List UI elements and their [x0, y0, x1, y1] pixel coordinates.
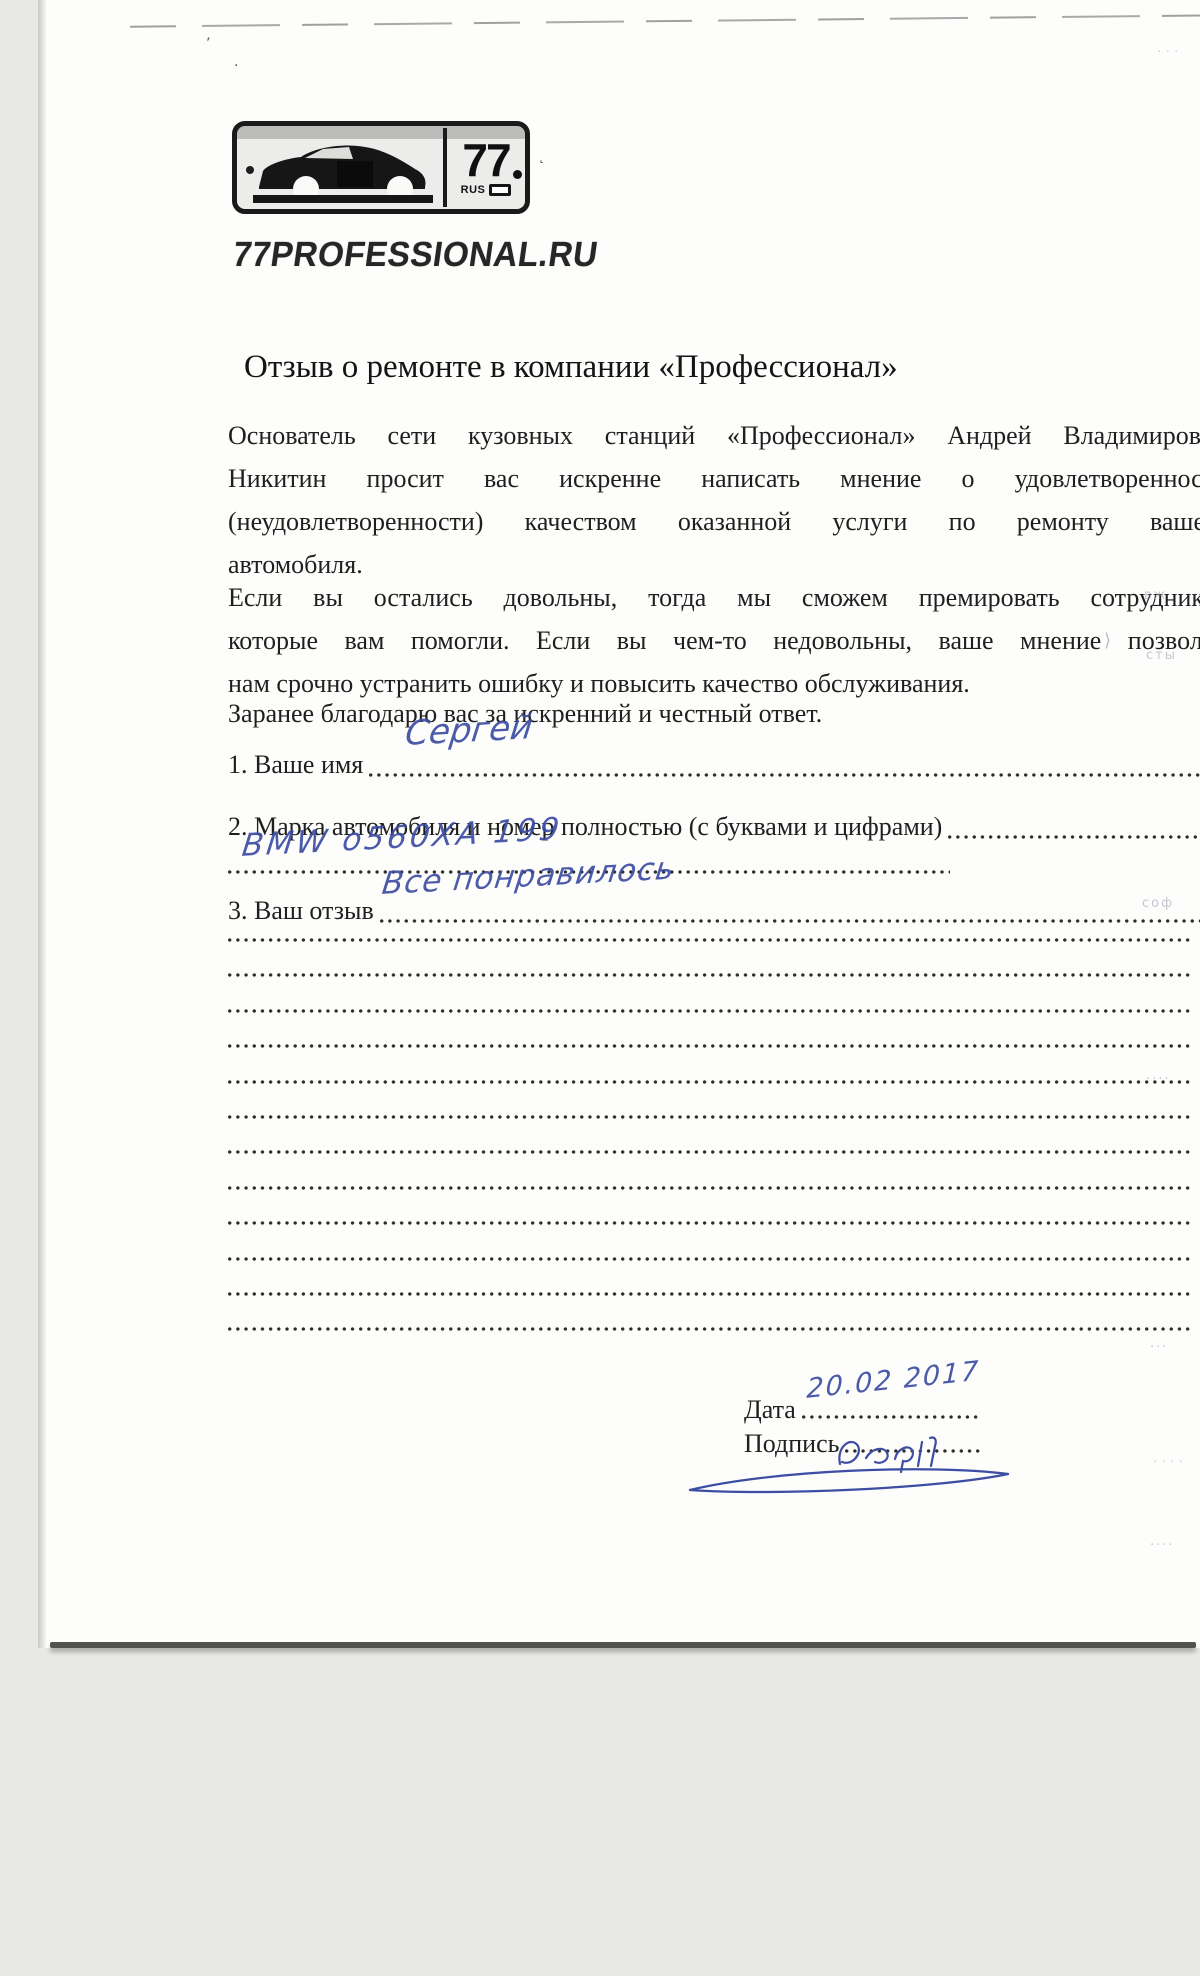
question-3-label: 3. Ваш отзыв — [228, 892, 374, 930]
car-side-silhouette-icon — [253, 134, 433, 204]
paper-sheet: ’ · ˛ 77 — [38, 0, 1200, 1648]
plate-dot — [513, 170, 522, 179]
scan-artifact-line — [130, 14, 1200, 27]
date-row: Дата 20.02 2017 — [744, 1392, 982, 1426]
dotted-leader — [948, 835, 1200, 839]
question-3-row: 3. Ваш отзыв Все понравилось — [228, 890, 1200, 930]
plate-region-panel: 77 RUS — [447, 126, 525, 209]
handwritten-date: 20.02 2017 — [806, 1355, 981, 1405]
dotted-line — [228, 1186, 1190, 1190]
dotted-line — [228, 1009, 1190, 1013]
paper-bottom-shadow — [50, 1642, 1196, 1648]
dotted-line — [228, 938, 1190, 942]
scan-speck: ˛ — [538, 148, 545, 164]
signature-label: Подпись — [744, 1428, 839, 1460]
bleed-mark: ˙˙˙˙ — [1152, 1460, 1186, 1475]
logo-website: 77PROFESSIONAL.RU — [230, 235, 600, 275]
paragraph-line: Основатель сети кузовных станций «Профес… — [228, 414, 1200, 457]
paper-left-edge — [38, 0, 46, 1648]
dotted-line — [228, 1292, 1190, 1296]
document-title: Отзыв о ремонте в компании «Профессионал… — [244, 349, 898, 386]
intro-paragraph-1: Основатель сети кузовных станций «Профес… — [228, 414, 1200, 586]
dotted-leader — [380, 919, 1200, 923]
paragraph-line: Заранее благодарю вас за искренний и чес… — [228, 692, 1200, 735]
dotted-line — [228, 973, 1190, 977]
date-label: Дата — [744, 1394, 796, 1426]
scan-speck: · — [234, 58, 238, 74]
bleed-mark: ˙˙˙ — [1156, 50, 1182, 65]
logo-license-plate: 77 RUS — [232, 121, 530, 214]
paragraph-line: которые вам помогли. Если вы чем-то недо… — [228, 619, 1200, 662]
intro-paragraph-2: Если вы остались довольны, тогда мы смож… — [228, 576, 1200, 705]
footer-block: Дата 20.02 2017 Подпись — [744, 1392, 982, 1460]
dotted-line — [228, 1080, 1190, 1084]
dotted-line — [228, 1327, 1190, 1331]
bleed-mark: вж — [1144, 588, 1167, 603]
intro-paragraph-3: Заранее благодарю вас за искренний и чес… — [228, 692, 1200, 735]
bleed-mark: ···· — [1146, 1072, 1171, 1087]
dotted-leader — [845, 1449, 982, 1453]
question-1-row: 1. Ваше имя Сергей — [228, 744, 1200, 784]
signature-row: Подпись — [744, 1426, 982, 1460]
logo-car-panel — [237, 126, 443, 209]
plate-region-code: 77 — [462, 141, 509, 180]
bleed-mark: ··· — [1150, 1340, 1168, 1355]
dotted-line — [228, 1257, 1190, 1261]
blank-dotted-lines — [228, 938, 1190, 1363]
scan-speck: ’ — [206, 36, 210, 52]
bleed-mark: сты — [1146, 648, 1177, 663]
bleed-mark: ⟩ — [1104, 630, 1113, 651]
region-code-text: 77 — [462, 134, 509, 186]
question-1-label: 1. Ваше имя — [228, 746, 363, 784]
paragraph-line: Никитин просит вас искренне написать мне… — [228, 457, 1200, 500]
dotted-leader — [369, 773, 1200, 777]
dotted-line — [228, 1115, 1190, 1119]
bleed-mark: ···· — [1150, 1538, 1175, 1553]
handwritten-name-answer: Сергей — [403, 707, 535, 754]
dotted-line — [228, 1221, 1190, 1225]
scanned-feedback-form: { "document": { "background_color": "#e8… — [0, 0, 1200, 1976]
dotted-leader — [802, 1415, 982, 1419]
dotted-line — [228, 1150, 1190, 1154]
dotted-line — [228, 1044, 1190, 1048]
paragraph-line: Если вы остались довольны, тогда мы смож… — [228, 576, 1200, 619]
handwritten-signature-icon — [682, 1428, 1022, 1512]
paragraph-line: (неудовлетворенности) качеством оказанно… — [228, 500, 1200, 543]
bleed-mark: соф — [1142, 896, 1174, 911]
